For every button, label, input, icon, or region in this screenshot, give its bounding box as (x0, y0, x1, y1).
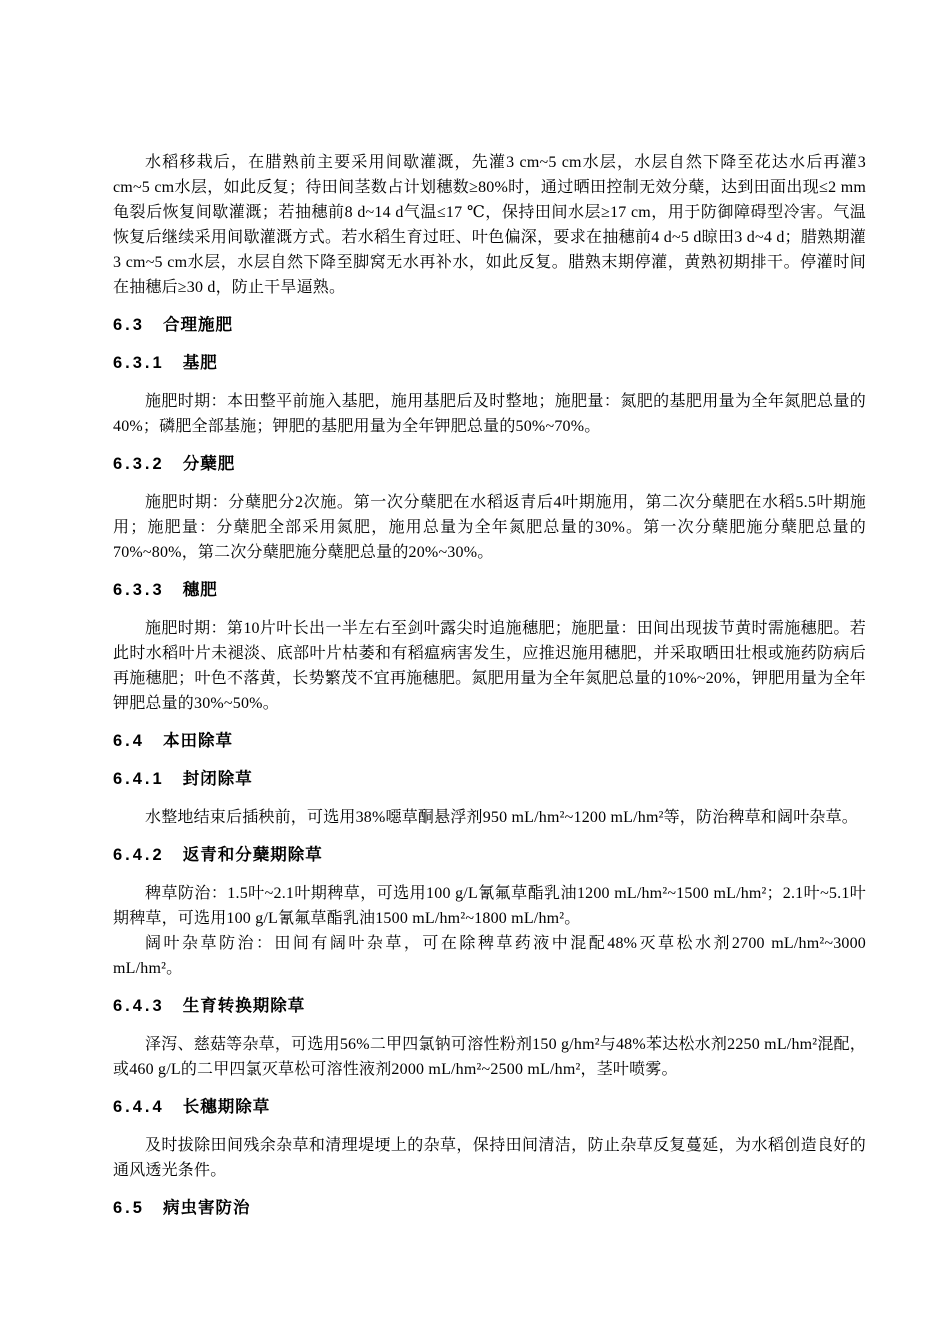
subsection-heading-6-4-3: 6.4.3生育转换期除草 (113, 994, 866, 1019)
paragraph-broadleaf-weed-control: 阔叶杂草防治：田间有阔叶杂草，可在除稗草药液中混配48%灭草松水剂2700 mL… (113, 931, 866, 981)
subsection-heading-6-3-3: 6.3.3穗肥 (113, 578, 866, 603)
section-number: 6.3.2 (113, 455, 165, 473)
subsection-heading-6-4-4: 6.4.4长穗期除草 (113, 1095, 866, 1120)
paragraph-irrigation: 水稻移栽后，在腊熟前主要采用间歇灌溉，先灌3 cm~5 cm水层，水层自然下降至… (113, 150, 866, 300)
section-heading-6-4: 6.4本田除草 (113, 729, 866, 754)
subsection-heading-6-3-1: 6.3.1基肥 (113, 351, 866, 376)
paragraph-closed-weeding: 水整地结束后插秧前，可选用38%噁草酮悬浮剂950 mL/hm²~1200 mL… (113, 805, 866, 830)
section-number: 6.4.2 (113, 846, 165, 864)
section-heading-6-3: 6.3合理施肥 (113, 313, 866, 338)
subsection-heading-6-4-2: 6.4.2返青和分蘖期除草 (113, 843, 866, 868)
paragraph-ear-fertilizer: 施肥时期：第10片叶长出一半左右至剑叶露尖时追施穗肥；施肥量：田间出现拔节黄时需… (113, 616, 866, 716)
section-title: 合理施肥 (163, 316, 233, 334)
section-number: 6.5 (113, 1199, 145, 1217)
section-heading-6-5: 6.5病虫害防治 (113, 1196, 866, 1221)
paragraph-base-fertilizer: 施肥时期：本田整平前施入基肥，施用基肥后及时整地；施肥量：氮肥的基肥用量为全年氮… (113, 389, 866, 439)
paragraph-growth-transition-weeding: 泽泻、慈菇等杂草，可选用56%二甲四氯钠可溶性粉剂150 g/hm²与48%苯达… (113, 1032, 866, 1082)
paragraph-barnyard-grass-control: 稗草防治：1.5叶~2.1叶期稗草，可选用100 g/L氰氟草酯乳油1200 m… (113, 881, 866, 931)
section-number: 6.4.4 (113, 1098, 165, 1116)
section-title: 本田除草 (163, 732, 233, 750)
document-page: 水稻移栽后，在腊熟前主要采用间歇灌溉，先灌3 cm~5 cm水层，水层自然下降至… (0, 0, 950, 1344)
subsection-heading-6-4-1: 6.4.1封闭除草 (113, 767, 866, 792)
section-number: 6.3.1 (113, 354, 165, 372)
section-title: 病虫害防治 (163, 1199, 251, 1217)
section-number: 6.4.3 (113, 997, 165, 1015)
section-number: 6.4 (113, 732, 145, 750)
paragraph-tillering-fertilizer: 施肥时期：分蘖肥分2次施。第一次分蘖肥在水稻返青后4叶期施用，第二次分蘖肥在水稻… (113, 490, 866, 565)
section-number: 6.3.3 (113, 581, 165, 599)
section-title: 生育转换期除草 (183, 997, 306, 1015)
subsection-heading-6-3-2: 6.3.2分蘖肥 (113, 452, 866, 477)
section-title: 封闭除草 (183, 770, 253, 788)
section-number: 6.4.1 (113, 770, 165, 788)
paragraph-ear-period-weeding: 及时拔除田间残余杂草和清理堤埂上的杂草，保持田间清洁，防止杂草反复蔓延，为水稻创… (113, 1133, 866, 1183)
section-title: 分蘖肥 (183, 455, 236, 473)
section-title: 长穗期除草 (183, 1098, 271, 1116)
section-number: 6.3 (113, 316, 145, 334)
section-title: 返青和分蘖期除草 (183, 846, 323, 864)
section-title: 穗肥 (183, 581, 218, 599)
section-title: 基肥 (183, 354, 218, 372)
